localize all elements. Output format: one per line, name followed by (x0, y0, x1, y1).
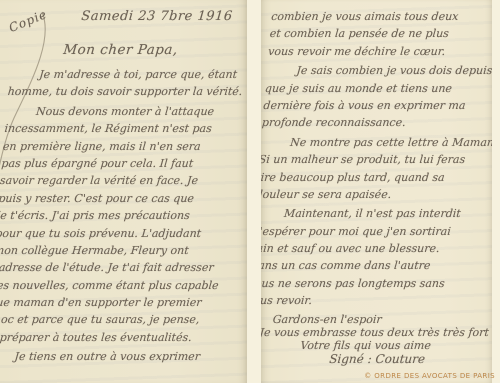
letter-line: nous ne serons pas longtemps sans (261, 275, 465, 292)
salutation: Mon cher Papa, (63, 42, 179, 58)
letter-line: que maman d'en supporter le premier (0, 294, 223, 311)
letter-line: Signé : Couture (261, 352, 458, 366)
letter-line: Je tiens en outre à vous exprimer (0, 348, 218, 365)
letter-line: Maintenant, il n'est pas interdit (261, 205, 471, 222)
letter-line: vous revoir me déchire le cœur. (267, 43, 485, 60)
letter-line: pas plus épargné pour cela. Il faut (1, 155, 236, 172)
letter-line: sain et sauf ou avec une blessure. (261, 240, 468, 257)
letter-line: que je suis au monde et tiens une (264, 80, 482, 97)
letter-line: Ne montre pas cette lettre à Maman. (261, 134, 477, 151)
letter-line: Je vous embrasse tous deux très très for… (261, 326, 460, 339)
letter-line: la préparer à toutes les éventualités. (0, 329, 220, 346)
letter-line: nous revoir. (261, 292, 463, 309)
letter-line: pour que tu sois prévenu. L'adjudant (0, 225, 229, 242)
letter-line: Dans un cas comme dans l'autre (261, 257, 466, 274)
letter-page-left: Copie Samedi 23 7bre 1916 Mon cher Papa,… (0, 0, 247, 383)
letter-page-right: combien je vous aimais tous deuxet combi… (261, 0, 492, 383)
letter-scan: { "colors": { "paper_left": "#ece5cc", "… (0, 0, 500, 383)
letter-line: en première ligne, mais il n'en sera (2, 138, 237, 155)
letter-line: et combien la pensée de ne plus (269, 25, 487, 42)
letter-line: je t'écris. J'ai pris mes précautions (0, 207, 231, 224)
copyright-credit: © ORDRE DES AVOCATS DE PARIS (364, 372, 495, 380)
letter-line: ces nouvelles, comme étant plus capable (0, 277, 225, 294)
letter-line: profonde reconnaissance. (261, 114, 479, 131)
letter-body-page2: combien je vous aimais tous deuxet combi… (261, 8, 488, 366)
letter-line: savoir regarder la vérité en face. Je (0, 172, 234, 189)
date-line: Samedi 23 7bre 1916 (81, 9, 233, 24)
letter-line: Je m'adresse à toi, parce que, étant (8, 66, 243, 83)
letter-line: l'adresse de l'étude. Je t'ai fait adres… (0, 259, 226, 276)
letter-line: d'espérer pour moi que j'en sortirai (261, 223, 469, 240)
letter-line: Nous devons monter à l'attaque (5, 103, 240, 120)
letter-line: combien je vous aimais tous deux (270, 8, 488, 25)
letter-line: puis y rester. C'est pour ce cas que (0, 190, 232, 207)
letter-line: Je sais combien je vous dois depuis (266, 62, 484, 79)
copy-annotation: Copie (7, 7, 49, 35)
letter-line: choc et parce que tu sauras, je pense, (0, 311, 222, 328)
letter-line: Si un malheur se produit, tu lui feras (261, 151, 475, 168)
letter-line: douleur se sera apaisée. (261, 186, 472, 203)
letter-line: homme, tu dois savoir supporter la vérit… (7, 83, 242, 100)
letter-body-page1: Je m'adresse à toi, parce que, étanthomm… (0, 66, 243, 366)
letter-line: Votre fils qui vous aime (261, 339, 459, 352)
letter-line: mon collègue Hermabe, Fleury ont (0, 242, 228, 259)
letter-line: Gardons-en l'espoir (261, 313, 461, 326)
letter-line: lire beaucoup plus tard, quand sa (261, 169, 474, 186)
letter-line: dernière fois à vous en exprimer ma (263, 97, 481, 114)
letter-line: incessamment, le Régiment n'est pas (4, 120, 239, 137)
